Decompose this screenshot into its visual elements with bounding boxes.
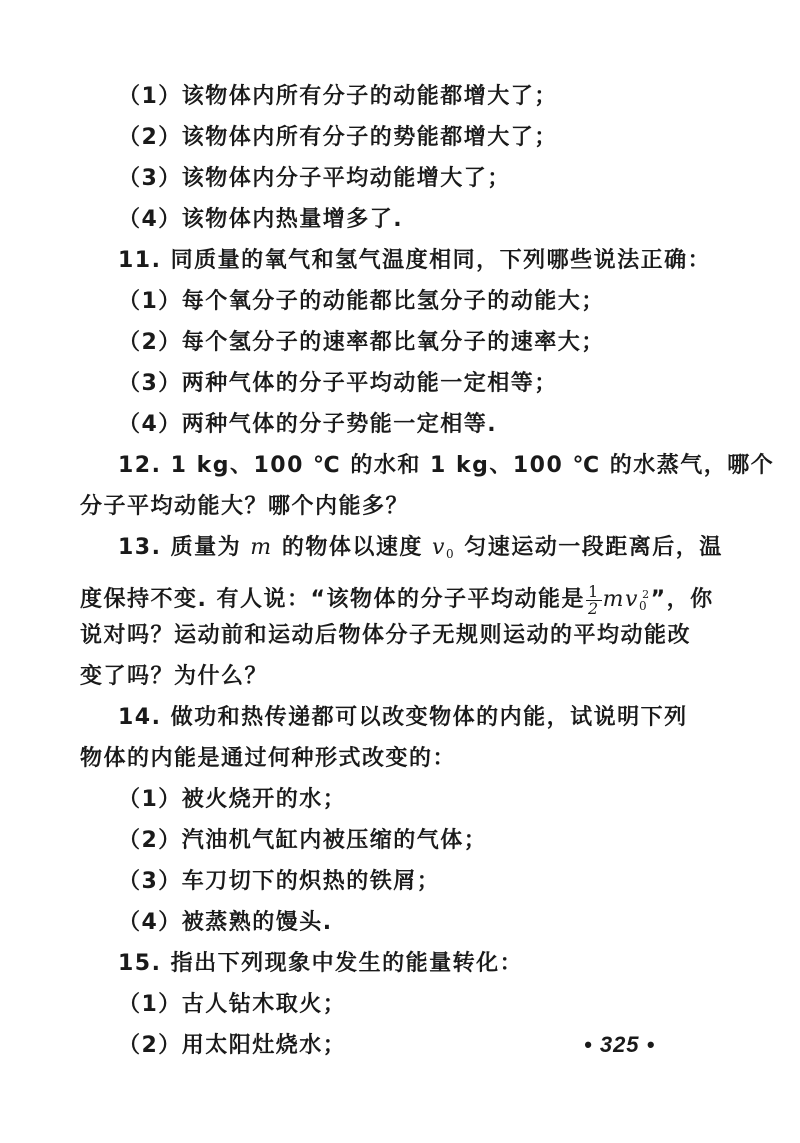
- math-mv: mv: [603, 587, 639, 612]
- q10-option-4: （4）该物体内热量增多了.: [118, 205, 403, 235]
- q11-option-4: （4）两种气体的分子势能一定相等.: [118, 410, 497, 440]
- math-v: v: [432, 535, 446, 560]
- q14-option-1: （1）被火烧开的水；: [118, 785, 346, 815]
- q14-option-4: （4）被蒸熟的馒头.: [118, 908, 333, 938]
- question-13-line-3: 说对吗？运动前和运动后物体分子无规则运动的平均动能改: [80, 621, 691, 651]
- page-number-value: 325: [600, 1032, 640, 1057]
- question-13-line-4: 变了吗？为什么？: [80, 662, 268, 692]
- question-15-stem: 15. 指出下列现象中发生的能量转化：: [118, 949, 523, 979]
- text: ”，你: [651, 587, 714, 612]
- question-14-line-2: 物体的内能是通过何种形式改变的：: [80, 744, 456, 774]
- math-subscript: 0: [446, 547, 455, 561]
- math-superscript: 2: [642, 588, 651, 601]
- text: 匀速运动一段距离后，温: [455, 535, 723, 560]
- q14-option-3: （3）车刀切下的炽热的铁屑；: [118, 867, 440, 897]
- question-13-line-1: 13. 质量为 m 的物体以速度 v0 匀速运动一段距离后，温: [118, 533, 723, 569]
- q15-option-2: （2）用太阳灶烧水；: [118, 1031, 346, 1061]
- question-13-line-2: 度保持不变. 有人说：“该物体的分子平均动能是12mv02”，你: [80, 580, 714, 621]
- q11-option-2: （2）每个氢分子的速率都比氧分子的速率大；: [118, 328, 605, 358]
- page-number: • 325 •: [584, 1032, 655, 1058]
- text: 度保持不变. 有人说：“该物体的分子平均动能是: [80, 587, 585, 612]
- question-11-stem: 11. 同质量的氧气和氢气温度相同，下列哪些说法正确：: [118, 246, 711, 276]
- q10-option-3: （3）该物体内分子平均动能增大了；: [118, 164, 511, 194]
- fraction-numerator: 1: [586, 584, 602, 601]
- q10-option-2: （2）该物体内所有分子的势能都增大了；: [118, 123, 558, 153]
- text: 13. 质量为: [118, 535, 250, 560]
- text: 的物体以速度: [273, 535, 432, 560]
- question-14-line-1: 14. 做功和热传递都可以改变物体的内能，试说明下列: [118, 703, 688, 733]
- q11-option-3: （3）两种气体的分子平均动能一定相等；: [118, 369, 558, 399]
- math-m: m: [250, 535, 272, 560]
- fraction-half: 12: [586, 584, 602, 617]
- q10-option-1: （1）该物体内所有分子的动能都增大了；: [118, 82, 558, 112]
- q11-option-1: （1）每个氧分子的动能都比氢分子的动能大；: [118, 287, 605, 317]
- math-subscript: 0: [639, 599, 648, 613]
- question-12-line-1: 12. 1 kg、100 ℃ 的水和 1 kg、100 ℃ 的水蒸气，哪个: [118, 451, 774, 481]
- q15-option-1: （1）古人钻木取火；: [118, 990, 346, 1020]
- fraction-denominator: 2: [586, 601, 602, 617]
- question-12-line-2: 分子平均动能大？哪个内能多？: [80, 492, 409, 522]
- q14-option-2: （2）汽油机气缸内被压缩的气体；: [118, 826, 487, 856]
